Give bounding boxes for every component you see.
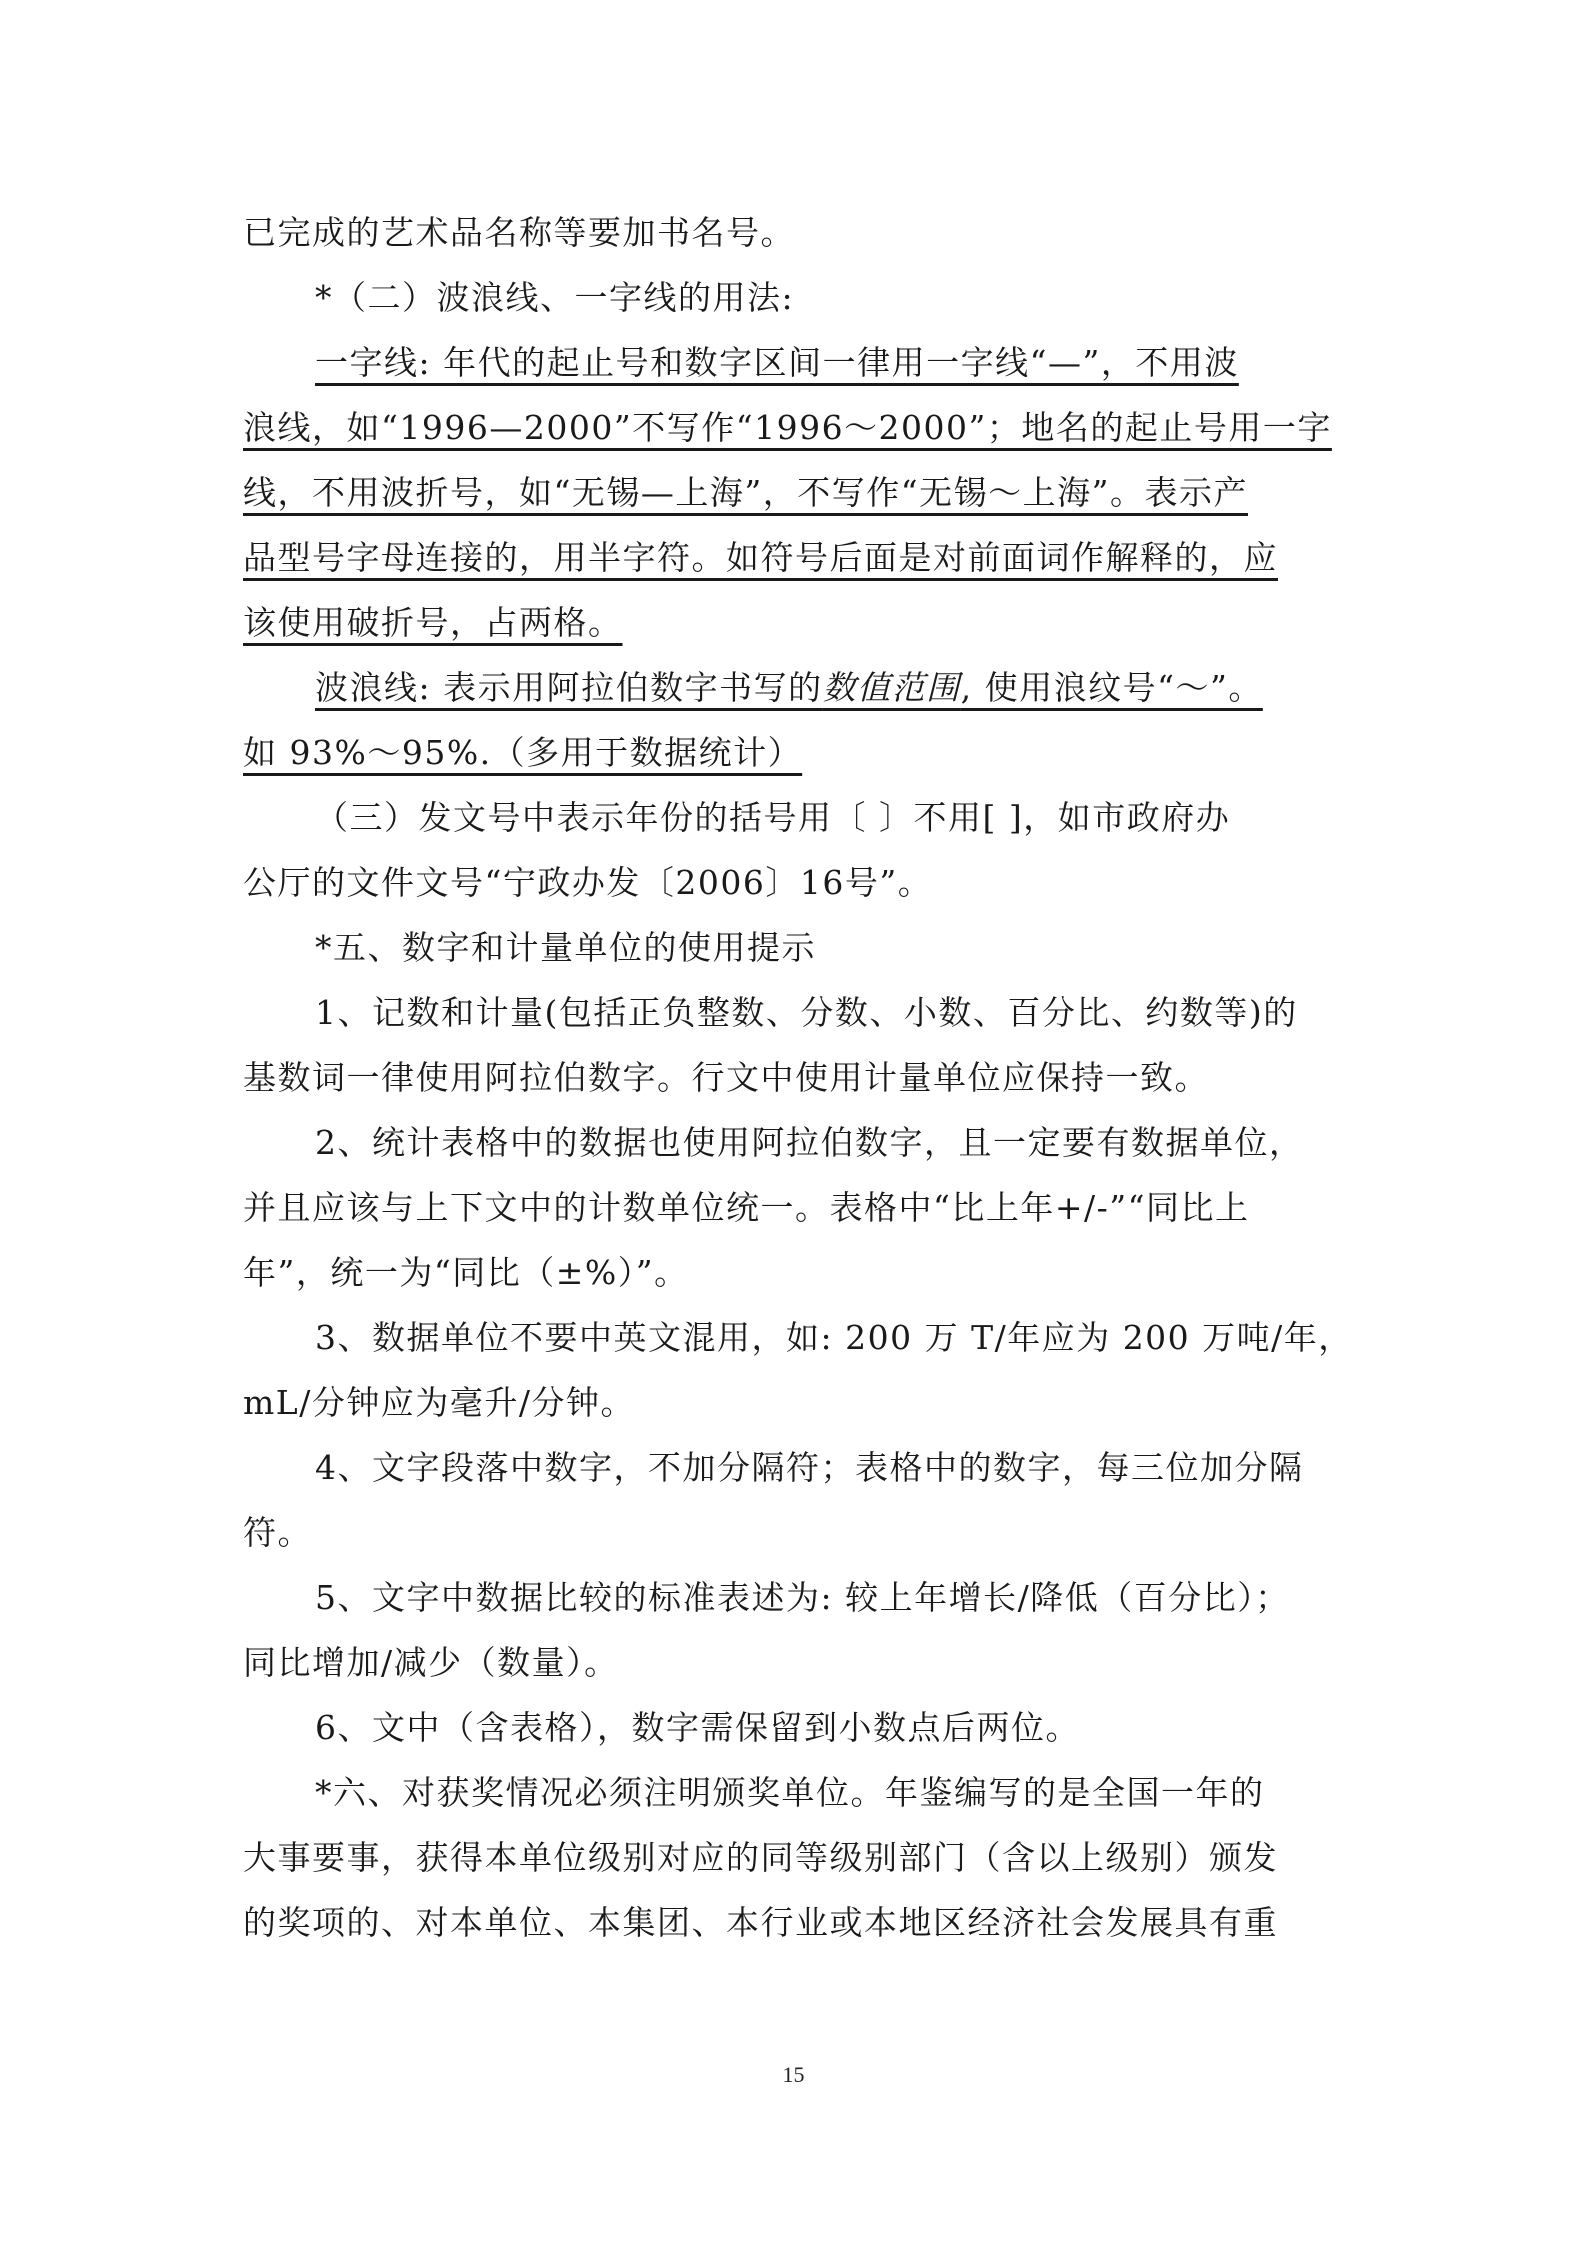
section-heading-2: *（二）波浪线、一字线的用法:: [243, 265, 1355, 330]
text-line: 如 93%～95%.（多用于数据统计）: [243, 720, 1355, 785]
text-line: 波浪线: 表示用阿拉伯数字书写的数值范围, 使用浪纹号“～”。: [243, 655, 1355, 720]
text-line: 同比增加/减少（数量）。: [243, 1630, 1355, 1695]
text-line: 一字线: 年代的起止号和数字区间一律用一字线“—”，不用波: [243, 330, 1355, 395]
underlined-text: 品型号字母连接的，用半字符。如符号后面是对前面词作解释的，应: [243, 538, 1278, 577]
list-item-6: 6、文中（含表格），数字需保留到小数点后两位。: [243, 1695, 1355, 1760]
list-item-4: 4、文字段落中数字，不加分隔符；表格中的数字，每三位加分隔: [243, 1435, 1355, 1500]
text-line: 基数词一律使用阿拉伯数字。行文中使用计量单位应保持一致。: [243, 1045, 1355, 1110]
text-line: 已完成的艺术品名称等要加书名号。: [243, 200, 1355, 265]
section-heading-6: *六、对获奖情况必须注明颁奖单位。年鉴编写的是全国一年的: [243, 1760, 1355, 1825]
text-line: 的奖项的、对本单位、本集团、本行业或本地区经济社会发展具有重: [243, 1890, 1355, 1955]
list-item-2: 2、统计表格中的数据也使用阿拉伯数字，且一定要有数据单位，: [243, 1110, 1355, 1175]
text-line: 并且应该与上下文中的计数单位统一。表格中“比上年+/-”“同比上: [243, 1175, 1355, 1240]
underlined-text: 波浪线: 表示用阿拉伯数字书写的数值范围, 使用浪纹号“～”。: [315, 668, 1263, 707]
page-number: 15: [0, 2062, 1587, 2088]
text-segment: , 使用浪纹号“～”。: [961, 668, 1263, 707]
list-item-5: 5、文字中数据比较的标准表述为: 较上年增长/降低（百分比）；: [243, 1565, 1355, 1630]
section-heading-5: *五、数字和计量单位的使用提示: [243, 915, 1355, 980]
italic-text: 数值范围: [823, 668, 961, 707]
underlined-text: 一字线: 年代的起止号和数字区间一律用一字线“—”，不用波: [315, 343, 1239, 382]
text-line: 浪线，如“1996—2000”不写作“1996～2000”；地名的起止号用一字: [243, 395, 1355, 460]
text-line: 线，不用波折号，如“无锡—上海”，不写作“无锡～上海”。表示产: [243, 460, 1355, 525]
list-item-3: 3、数据单位不要中英文混用，如: 200 万 T/年应为 200 万吨/年，: [243, 1305, 1355, 1370]
text-line: 品型号字母连接的，用半字符。如符号后面是对前面词作解释的，应: [243, 525, 1355, 590]
text-line: 年”，统一为“同比（±%）”。: [243, 1240, 1355, 1305]
text-line: 大事要事，获得本单位级别对应的同等级别部门（含以上级别）颁发: [243, 1825, 1355, 1890]
text-line: mL/分钟应为毫升/分钟。: [243, 1370, 1355, 1435]
text-line: 该使用破折号，占两格。: [243, 590, 1355, 655]
text-line: 符。: [243, 1500, 1355, 1565]
text-line: 公厅的文件文号“宁政办发〔2006〕16号”。: [243, 850, 1355, 915]
text-segment: 波浪线: 表示用阿拉伯数字书写的: [315, 668, 823, 707]
document-page: 已完成的艺术品名称等要加书名号。 *（二）波浪线、一字线的用法: 一字线: 年代…: [243, 200, 1355, 1955]
underlined-text: 线，不用波折号，如“无锡—上海”，不写作“无锡～上海”。表示产: [243, 473, 1248, 512]
underlined-text: 浪线，如“1996—2000”不写作“1996～2000”；地名的起止号用一字: [243, 408, 1332, 447]
underlined-text: 如 93%～95%.（多用于数据统计）: [243, 733, 802, 772]
section-heading-3: （三）发文号中表示年份的括号用〔 〕不用[ ]，如市政府办: [243, 785, 1355, 850]
underlined-text: 该使用破折号，占两格。: [243, 603, 623, 642]
list-item-1: 1、记数和计量(包括正负整数、分数、小数、百分比、约数等)的: [243, 980, 1355, 1045]
